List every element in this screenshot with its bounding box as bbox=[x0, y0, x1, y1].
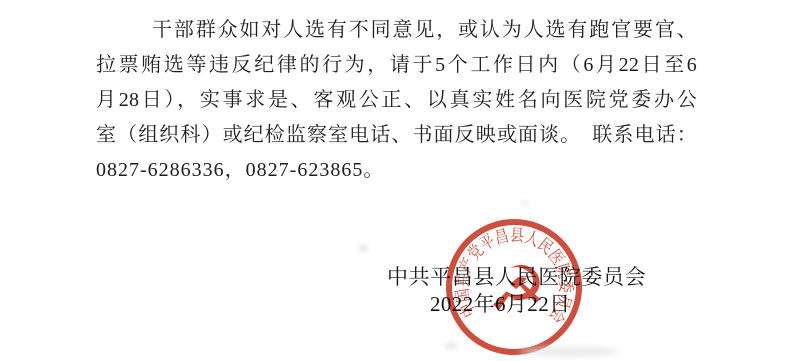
scan-artifact bbox=[521, 200, 529, 206]
body-text-line: 干部群众如对人选有不同意见，或认为人选有跑官要官、 bbox=[96, 13, 697, 48]
body-text-line: 室（组织科）或纪检监察室电话、书面反映或面谈。 联系电话： bbox=[96, 118, 697, 153]
scan-artifact bbox=[358, 245, 368, 252]
body-text-line: 拉票贿选等违反纪律的行为，请于5个工作日内（6月22日至6 bbox=[96, 48, 697, 83]
contact-phone-numbers: 0827-6286336，0827-623865。 bbox=[96, 153, 697, 188]
body-text-line: 月28日），实事求是、客观公正、以真实姓名向医院党委办公 bbox=[96, 83, 697, 118]
notice-paragraph: 干部群众如对人选有不同意见，或认为人选有跑官要官、 拉票贿选等违反纪律的行为，请… bbox=[96, 13, 697, 188]
official-seal: 中国共产党平昌县人民医院委员会 ☭ bbox=[440, 213, 588, 361]
document-page: 干部群众如对人选有不同意见，或认为人选有跑官要官、 拉票贿选等违反纪律的行为，请… bbox=[0, 0, 791, 361]
hammer-and-sickle-icon: ☭ bbox=[486, 251, 550, 330]
